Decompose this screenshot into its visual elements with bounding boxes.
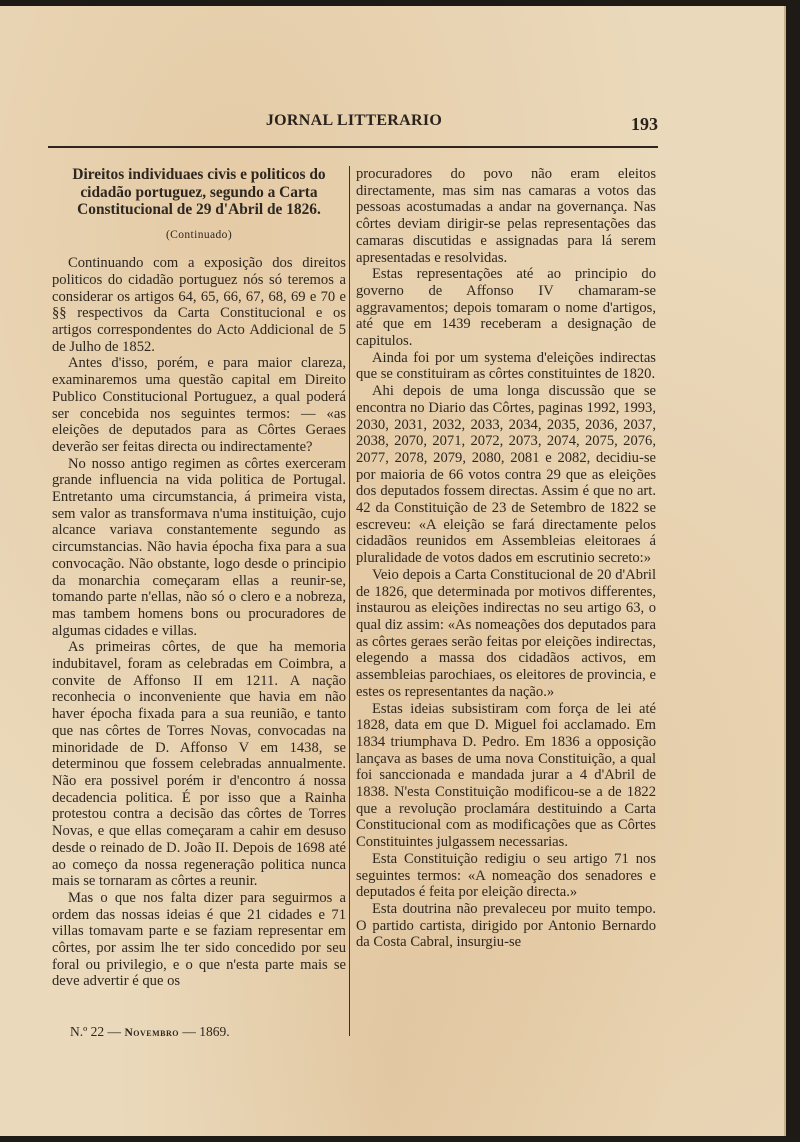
journal-title: JORNAL LITTERARIO bbox=[48, 112, 660, 130]
paragraph: Mas o que nos falta dizer para seguirmos… bbox=[52, 890, 346, 990]
paragraph: Veio depois a Carta Constitucional de 20… bbox=[356, 567, 656, 701]
paragraph: No nosso antigo regimen as côrtes exerce… bbox=[52, 456, 346, 640]
paragraph: Ahi depois de uma longa discussão que se… bbox=[356, 383, 656, 567]
header-rule bbox=[48, 146, 658, 148]
column-divider bbox=[349, 166, 350, 1036]
article-title: Direitos individuaes civis e politicos d… bbox=[52, 166, 346, 219]
paragraph: Antes d'isso, porém, e para maior clarez… bbox=[52, 355, 346, 455]
issue-month: Novembro bbox=[124, 1027, 179, 1039]
issue-footer: N.º 22 — Novembro — 1869. bbox=[70, 1024, 230, 1040]
paragraph: As primeiras côrtes, de que ha memoria i… bbox=[52, 639, 346, 890]
left-column: Direitos individuaes civis e politicos d… bbox=[52, 166, 346, 990]
paragraph: Estas representações até ao principio do… bbox=[356, 266, 656, 350]
paragraph: Esta doutrina não prevaleceu por muito t… bbox=[356, 901, 656, 951]
paragraph: Esta Constituição redigiu o seu artigo 7… bbox=[356, 851, 656, 901]
issue-number: N.º 22 — bbox=[70, 1024, 121, 1039]
paragraph: Ainda foi por um systema d'eleições indi… bbox=[356, 350, 656, 383]
running-header: JORNAL LITTERARIO 193 bbox=[48, 110, 660, 134]
issue-year: — 1869. bbox=[182, 1024, 229, 1039]
paragraph: procuradores do povo não eram eleitos di… bbox=[356, 166, 656, 266]
paragraph: Estas ideias subsistiram com força de le… bbox=[356, 701, 656, 851]
right-column: procuradores do povo não eram eleitos di… bbox=[356, 166, 656, 951]
article-continued-note: (Continuado) bbox=[52, 227, 346, 244]
paragraph: Continuando com a exposição dos direitos… bbox=[52, 255, 346, 355]
page-number: 193 bbox=[631, 114, 658, 135]
journal-page: JORNAL LITTERARIO 193 Direitos individua… bbox=[0, 6, 786, 1136]
